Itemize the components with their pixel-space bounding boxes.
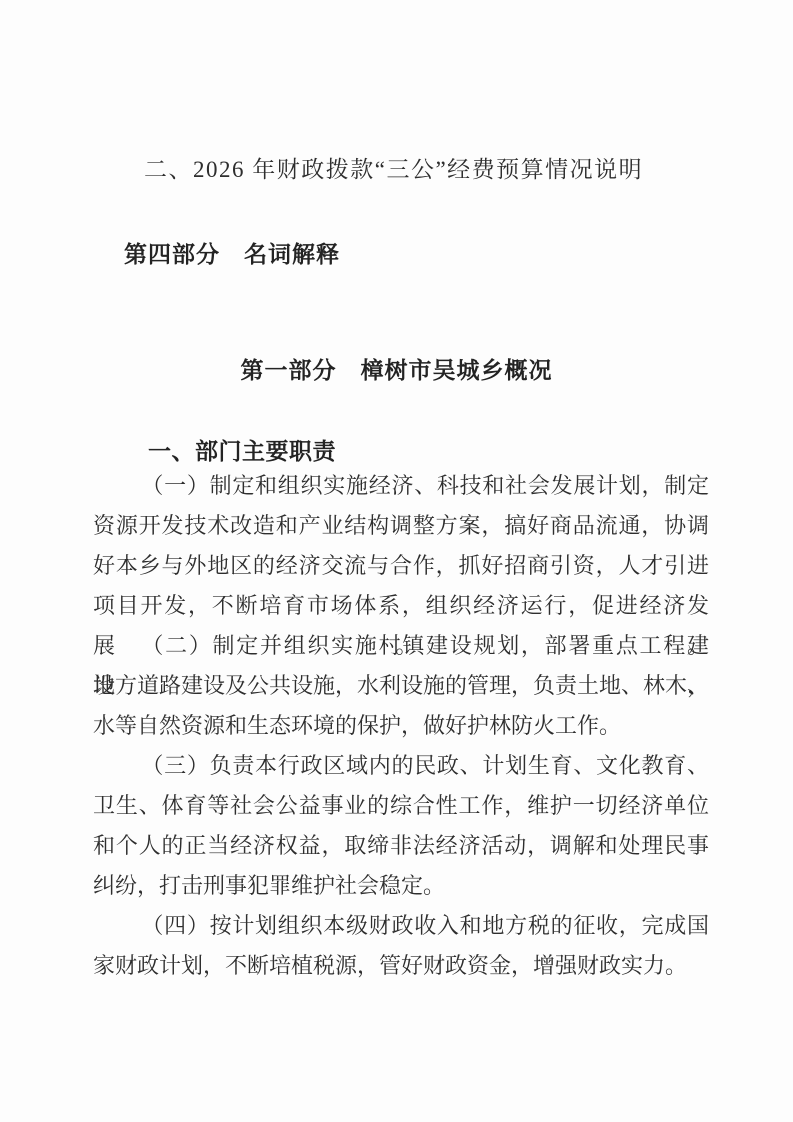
scanned-document-page: 二、2026 年财政拨款“三公”经费预算情况说明 第四部分 名词解释 第一部分 … <box>0 0 793 1122</box>
paragraph-line: 卫生、体育等社会公益事业的综合性工作，维护一切经济单位 <box>93 786 709 826</box>
paragraph-line: 水等自然资源和生态环境的保护，做好护林防火工作。 <box>93 706 709 746</box>
section-title: 第一部分 樟树市吴城乡概况 <box>0 355 793 385</box>
paragraph-line: 家财政计划，不断培植税源，管好财政资金，增强财政实力。 <box>93 946 709 986</box>
paragraph-line: 项目开发，不断培育市场体系，组织经济运行，促进经济发展。。 <box>93 586 709 626</box>
paragraph-2: （二）制定并组织实施村镇建设规划，部署重点工程建设， 地方道路建设及公共设施，水… <box>93 626 709 746</box>
paragraph-line: 和个人的正当经济权益，取缔非法经济活动，调解和处理民事 <box>93 826 709 866</box>
paragraph-1: （一）制定和组织实施经济、科技和社会发展计划，制定 资源开发技术改造和产业结构调… <box>93 466 709 626</box>
paragraph-line: 地方道路建设及公共设施，水利设施的管理，负责土地、林木、 <box>93 666 709 706</box>
toc-entry-line: 二、2026 年财政拨款“三公”经费预算情况说明 <box>144 155 643 185</box>
paragraph-4: （四）按计划组织本级财政收入和地方税的征收，完成国 家财政计划，不断培植税源，管… <box>93 906 709 986</box>
toc-part4-heading: 第四部分 名词解释 <box>124 239 340 269</box>
paragraph-line: （一）制定和组织实施经济、科技和社会发展计划，制定 <box>93 466 709 506</box>
paragraph-3: （三）负责本行政区域内的民政、计划生育、文化教育、 卫生、体育等社会公益事业的综… <box>93 746 709 906</box>
paragraph-line: 好本乡与外地区的经济交流与合作，抓好招商引资，人才引进 <box>93 546 709 586</box>
subsection-heading: 一、部门主要职责 <box>148 436 336 466</box>
body-text: （一）制定和组织实施经济、科技和社会发展计划，制定 资源开发技术改造和产业结构调… <box>93 466 709 986</box>
paragraph-line: 纠纷，打击刑事犯罪维护社会稳定。 <box>93 866 709 906</box>
paragraph-line: 资源开发技术改造和产业结构调整方案，搞好商品流通，协调 <box>93 506 709 546</box>
paragraph-line: （二）制定并组织实施村镇建设规划，部署重点工程建设， <box>93 626 709 666</box>
paragraph-line: （三）负责本行政区域内的民政、计划生育、文化教育、 <box>93 746 709 786</box>
paragraph-line: （四）按计划组织本级财政收入和地方税的征收，完成国 <box>93 906 709 946</box>
